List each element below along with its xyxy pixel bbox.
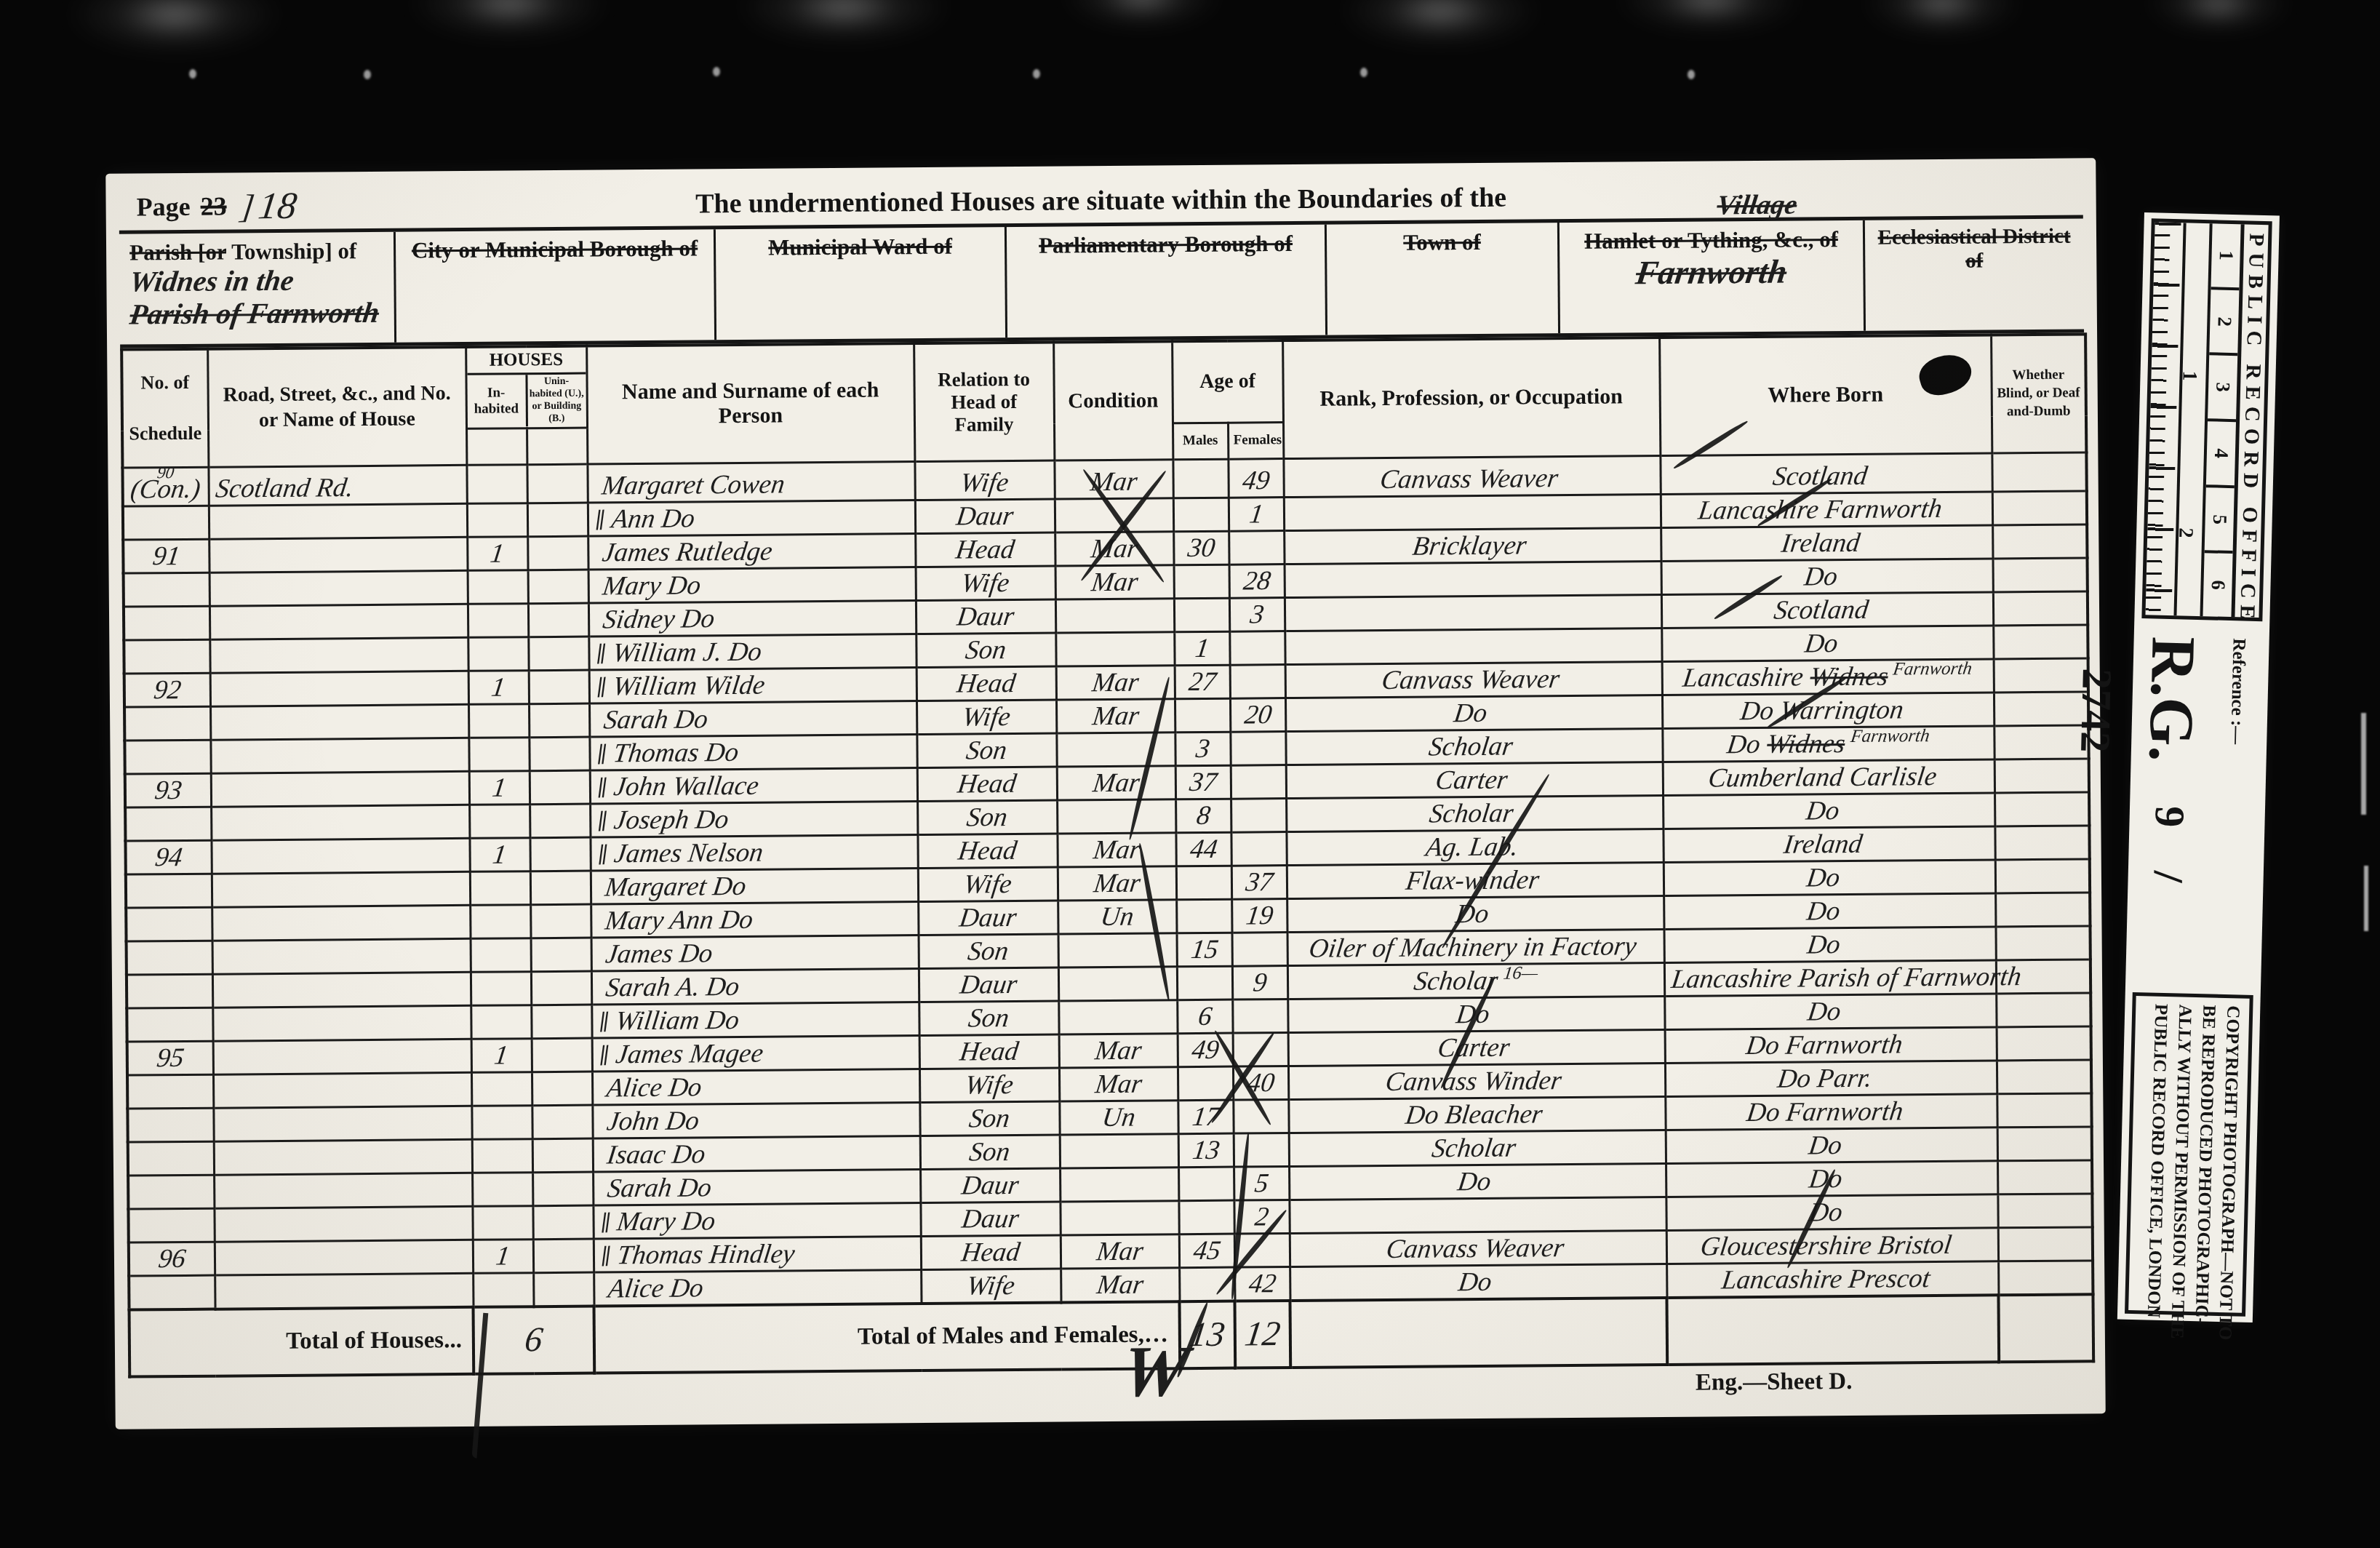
cell-age-male: 15 <box>1177 933 1232 967</box>
age-male-value: 44 <box>1189 836 1219 863</box>
sheet-footer: Eng.—Sheet D. <box>1696 1368 1853 1397</box>
cell-uninhabited <box>528 637 588 671</box>
film-edge-mark <box>2364 866 2368 931</box>
age-male-value: 1 <box>1194 635 1210 662</box>
occupation-value: Canvass Winder <box>1384 1067 1563 1096</box>
born-value: Do Warrington <box>1738 697 1905 725</box>
cell-where-born: Cumberland Carlisle <box>1663 759 1994 796</box>
born-value: Do <box>1805 898 1842 925</box>
film-blob <box>1062 0 1222 29</box>
cell-age-female <box>1232 1000 1287 1034</box>
ward-cell: Municipal Ward of <box>716 227 1007 340</box>
cell-condition: Mar <box>1061 1268 1179 1302</box>
cell-schedule <box>129 1275 215 1309</box>
relation-value: Daur <box>960 1205 1021 1233</box>
cell-name: ∥James Nelson <box>590 835 917 871</box>
condition-value: Mar <box>1093 1037 1143 1065</box>
born-value: Gloucestershire Bristol <box>1698 1232 1953 1261</box>
totals-empty-blind <box>1998 1294 2093 1362</box>
relation-value: Daur <box>956 603 1016 631</box>
cell-schedule: 91 <box>123 539 209 573</box>
cell-road <box>211 805 469 841</box>
totals-empty-born <box>1666 1295 1999 1365</box>
condition-value: Mar <box>1093 1071 1143 1098</box>
occupation-value: Oiler of Machinery in Factory <box>1307 933 1638 962</box>
relation-value: Son <box>967 1105 1011 1132</box>
cell-uninhabited <box>530 770 590 805</box>
relation-value: Son <box>966 938 1010 965</box>
cell-inhabited: 1 <box>469 771 530 805</box>
cell-inhabited <box>468 637 528 671</box>
relation-value: Daur <box>958 904 1018 932</box>
person-name: James Nelson <box>613 839 765 868</box>
age-female-value: 37 <box>1244 869 1274 895</box>
born-value: Scotland <box>1772 597 1869 624</box>
schedule-superscript <box>135 1213 207 1214</box>
header-age: Age of <box>1172 340 1283 423</box>
cell-inhabited <box>472 1173 532 1207</box>
cell-occupation: Carter <box>1288 1030 1665 1066</box>
total-houses-label: Total of Houses... <box>129 1306 474 1376</box>
cell-schedule <box>125 807 211 841</box>
cell-name: ∥Thomas Hindley <box>594 1237 921 1273</box>
schedule-number: (Con.) <box>129 476 202 503</box>
relation-value: Wife <box>959 469 1010 497</box>
header-name: Name and Surname of each Person <box>586 343 914 464</box>
person-name: John Do <box>605 1108 700 1136</box>
relation-value: Daur <box>954 503 1015 530</box>
cell-uninhabited <box>530 871 591 905</box>
born-value: Lancashire Prescot <box>1720 1265 1932 1293</box>
parish-handwritten-1: Widnes in the <box>127 264 386 299</box>
cell-uninhabited <box>529 670 589 704</box>
cell-occupation <box>1289 1197 1666 1234</box>
occupation-value: Do <box>1457 1268 1493 1295</box>
occupation-value: Scholar <box>1428 733 1515 761</box>
cell-uninhabited <box>532 1172 593 1206</box>
occupation-value: Bricklayer <box>1411 532 1528 560</box>
cell-schedule <box>128 1208 214 1242</box>
cell-schedule: 95 <box>127 1041 213 1075</box>
cell-where-born: Do WidnesFarnworth <box>1662 726 1994 762</box>
age-male-value: 27 <box>1187 669 1218 695</box>
cell-age-female <box>1231 832 1286 866</box>
age-male-value: 45 <box>1191 1237 1222 1264</box>
cell-relation: Daur <box>916 599 1055 634</box>
born-struck-value: Widnes <box>1808 663 1890 691</box>
person-name: Mary Ann Do <box>603 906 754 935</box>
town-label: Town of <box>1403 229 1481 255</box>
cell-inhabited <box>468 704 529 738</box>
cell-occupation: Do <box>1287 896 1664 933</box>
cell-occupation: Do <box>1285 695 1662 732</box>
cell-blind <box>1998 1261 2093 1295</box>
condition-value: Mar <box>1095 1238 1145 1266</box>
page-number-struck: 23 <box>200 191 226 221</box>
cell-relation: Head <box>919 1034 1059 1069</box>
cell-name: Mary Ann Do <box>591 902 918 938</box>
born-value: Ireland <box>1779 530 1861 557</box>
born-value: Do <box>1802 563 1839 590</box>
cell-inhabited <box>469 805 530 839</box>
cell-relation: Daur <box>918 901 1058 935</box>
cell-road <box>213 1106 471 1141</box>
cell-road <box>212 872 470 908</box>
occupation-value: Carter <box>1436 1034 1512 1062</box>
page-title: The undermentioned Houses are situate wi… <box>695 182 1506 220</box>
film-edge-mark <box>2361 713 2366 815</box>
cell-name: Isaac Do <box>593 1136 920 1173</box>
schedule-superscript <box>131 645 202 645</box>
occupation-value: Do <box>1456 1168 1493 1195</box>
person-name: Margaret Do <box>603 873 747 901</box>
cell-inhabited <box>470 871 530 906</box>
parliamentary-cell: Parliamentary Borough of <box>1007 225 1327 338</box>
cell-where-born: Lancashire Farnworth <box>1661 492 1992 528</box>
cell-occupation: Carter <box>1286 762 1663 799</box>
cell-name: Margaret Cowen <box>587 461 914 503</box>
header-schedule: No. ofSchedule <box>121 349 208 468</box>
page-label: Page <box>136 191 190 223</box>
schedule-number: 94 <box>153 844 184 871</box>
cell-age-male <box>1178 1200 1234 1234</box>
cell-where-born: Lancashire Parish of Farnworth <box>1664 960 1996 997</box>
cell-age-male <box>1177 966 1232 1000</box>
cell-relation: Daur <box>915 499 1055 534</box>
page-number-handwritten: 18 <box>256 184 300 227</box>
cell-relation: Head <box>917 767 1057 802</box>
age-female-value: 5 <box>1253 1170 1270 1197</box>
header-schedule-line1: No. of <box>127 372 202 394</box>
cell-where-born: Do <box>1661 559 1993 595</box>
cell-where-born: Do Warrington <box>1662 693 1994 729</box>
cell-name: ∥William Do <box>591 1002 919 1039</box>
born-value: Cumberland Carlisle <box>1706 763 1938 792</box>
cell-road <box>212 1006 471 1042</box>
town-cell: Town of <box>1327 223 1560 335</box>
film-blob <box>2146 0 2291 33</box>
cell-age-male <box>1173 498 1229 532</box>
person-name: John Wallace <box>612 773 761 801</box>
cell-road <box>214 1173 472 1208</box>
cm-mark-3: 3 <box>2211 382 2234 392</box>
cell-relation: Daur <box>919 967 1058 1002</box>
cell-relation: Son <box>917 733 1056 768</box>
cell-blind <box>1997 1093 2091 1128</box>
cell-inhabited <box>468 738 529 772</box>
ecclesiastical-cell: Ecclesiastical District of <box>1865 218 2084 330</box>
occupation-value: Canvass Weaver <box>1380 666 1561 694</box>
total-houses-number: 6 <box>522 1320 545 1360</box>
cell-inhabited <box>467 503 527 538</box>
cell-relation: Son <box>917 800 1057 835</box>
condition-value: Mar <box>1090 669 1141 697</box>
relation-value: Head <box>958 1038 1020 1066</box>
total-mf-label: Total of Males and Females,… <box>594 1301 1181 1373</box>
cell-age-female: 3 <box>1229 598 1285 632</box>
cell-inhabited: 1 <box>471 1039 532 1073</box>
cell-name: James Rutledge <box>588 534 915 570</box>
rg-series-number: 9 <box>2139 805 2200 828</box>
parish-label: Township] of <box>226 238 356 264</box>
scanned-census-page: Page 23 ] 18 The undermentioned Houses a… <box>0 0 2380 1548</box>
cell-where-born: Do <box>1666 1128 1997 1164</box>
person-name: Margaret Cowen <box>600 471 786 500</box>
cell-blind <box>1992 452 2086 492</box>
age-male-value: 49 <box>1190 1037 1221 1064</box>
cell-relation: Son <box>919 934 1058 969</box>
cell-inhabited <box>471 938 531 973</box>
column-headers: No. ofSchedule Road, Street, &c., and No… <box>121 334 2086 467</box>
cell-condition <box>1055 632 1174 666</box>
road-value: Scotland Rd. <box>214 474 355 503</box>
cell-where-born: Lancashire Prescot <box>1666 1261 1998 1298</box>
cell-occupation <box>1285 595 1661 631</box>
cell-occupation: Scholar <box>1285 729 1662 765</box>
cm-mark-2: 2 <box>2213 316 2235 327</box>
cell-road <box>209 571 468 607</box>
cell-name: Margaret Do <box>591 869 918 905</box>
cell-road <box>214 1206 472 1242</box>
cell-uninhabited <box>531 1005 591 1039</box>
schedule-superscript <box>132 745 203 746</box>
header-blind-line1: Whether <box>2012 367 2064 383</box>
cell-relation: Head <box>917 666 1056 701</box>
relation-value: Head <box>955 670 1017 698</box>
cell-occupation: Do Bleacher <box>1288 1097 1665 1133</box>
cell-name: James Do <box>591 935 919 972</box>
city-cell: City or Municipal Borough of <box>396 229 716 342</box>
cell-condition <box>1060 1201 1178 1235</box>
cell-schedule <box>124 639 209 674</box>
age-female-value: 9 <box>1251 969 1268 996</box>
cell-inhabited: 1 <box>467 537 527 571</box>
reference-number: R.G. 9 / 2742 <box>2059 634 2219 977</box>
cell-age-female: 20 <box>1230 698 1285 733</box>
cell-name: Alice Do <box>594 1270 921 1306</box>
cell-occupation <box>1285 562 1661 598</box>
totals-empty-occ <box>1290 1298 1667 1368</box>
age-female-value: 2 <box>1253 1203 1270 1230</box>
header-houses: HOUSES In-habited Unin-habited (U.), or … <box>466 346 587 428</box>
relation-value: Wife <box>961 703 1013 731</box>
cell-blind <box>1993 558 2088 592</box>
relation-value: Wife <box>965 1272 1017 1300</box>
schedule-number: 92 <box>152 677 183 703</box>
cell-where-born: Do Parr. <box>1665 1061 1997 1097</box>
condition-value: Mar <box>1091 770 1141 797</box>
cell-uninhabited <box>531 938 591 972</box>
cell-road <box>210 738 468 774</box>
header-road: Road, Street, &c., and No. or Name of Ho… <box>207 347 466 467</box>
cell-blind <box>1993 591 2088 626</box>
cell-occupation <box>1285 629 1661 665</box>
cell-relation: Wife <box>921 1269 1061 1304</box>
cell-uninhabited <box>527 464 587 503</box>
cell-road <box>215 1240 473 1275</box>
cell-age-female: 28 <box>1229 564 1285 599</box>
header-condition: Condition <box>1053 341 1173 460</box>
cell-age-female: 1 <box>1229 498 1284 532</box>
reference-section: Reference :— R.G. 9 / 2742 <box>2133 618 2263 995</box>
film-speck <box>1688 70 1695 79</box>
cell-road <box>210 671 468 707</box>
cell-age-female: 19 <box>1231 899 1287 933</box>
header-uninhabited-spacer <box>527 428 587 465</box>
cell-age-male: 37 <box>1175 765 1231 799</box>
relation-value: Head <box>956 770 1018 798</box>
cell-condition: Mar <box>1059 1034 1178 1068</box>
rg-slash: / <box>2137 870 2198 883</box>
cm-mark-4: 4 <box>2210 448 2232 458</box>
cell-schedule <box>127 1074 213 1109</box>
cell-age-female <box>1229 631 1285 666</box>
schedule-superscript <box>132 812 204 813</box>
cell-age-male: 6 <box>1177 1000 1232 1034</box>
cell-name: John Do <box>592 1103 919 1139</box>
header-relation: Relation to Head of Family <box>914 343 1054 462</box>
cell-uninhabited <box>532 1205 593 1240</box>
cell-schedule <box>126 907 212 941</box>
person-name: William Do <box>614 1007 740 1034</box>
header-uninhabited: Unin-habited (U.), or Building (B.) <box>525 375 586 427</box>
cell-age-male: 27 <box>1175 665 1230 699</box>
cell-age-male <box>1174 564 1229 599</box>
page-bracket: ] <box>239 187 257 226</box>
schedule-superscript <box>135 1180 207 1181</box>
public-record-office-strip: 1 2 1 2 3 4 5 6 PUBLIC RECORD OFFICE Ref… <box>2117 212 2280 1322</box>
cell-condition <box>1056 733 1175 767</box>
relation-value: Daur <box>959 971 1019 999</box>
cell-road <box>209 638 468 674</box>
person-name: Alice Do <box>604 1074 703 1101</box>
cell-condition <box>1058 1000 1177 1034</box>
cell-name: Sidney Do <box>588 601 916 637</box>
cell-inhabited <box>468 570 528 605</box>
cell-relation: Son <box>920 1135 1060 1170</box>
inch-mark-1: 1 <box>2177 371 2200 382</box>
cell-age-male: 45 <box>1179 1234 1234 1268</box>
person-name: James Do <box>604 940 714 967</box>
film-speck <box>189 69 196 79</box>
cell-age-female: 42 <box>1234 1267 1290 1301</box>
cell-where-born: Scotland <box>1661 592 1993 629</box>
hamlet-handwritten: Farnworth <box>1568 252 1856 292</box>
schedule-superscript <box>134 946 205 946</box>
cell-road <box>210 705 468 741</box>
age-female-value: 42 <box>1247 1270 1277 1297</box>
born-value: Do Farnworth <box>1745 1098 1905 1127</box>
age-male-value: 37 <box>1188 769 1218 796</box>
cell-age-male <box>1178 1066 1233 1101</box>
cell-occupation: Do <box>1289 1164 1666 1200</box>
schedule-superscript <box>135 1146 207 1147</box>
cell-age-female <box>1229 531 1284 565</box>
cell-schedule: 96 <box>129 1242 215 1276</box>
cell-age-male: 44 <box>1175 832 1231 866</box>
cell-blind <box>1997 1160 2092 1194</box>
cell-age-male: 13 <box>1178 1133 1234 1168</box>
header-inhabited-spacer <box>466 428 527 465</box>
cell-blind <box>1997 1060 2091 1094</box>
cell-condition <box>1055 599 1174 633</box>
cell-age-male: 3 <box>1175 732 1230 766</box>
cell-inhabited <box>466 464 527 503</box>
schedule-superscript <box>130 511 201 511</box>
cell-name: ∥William Wilde <box>589 668 917 704</box>
cell-occupation: Bricklayer <box>1284 528 1661 564</box>
person-name: Sarah Do <box>602 706 709 733</box>
born-value: Do <box>1805 797 1841 824</box>
cell-relation: Wife <box>916 566 1055 601</box>
inhabited-value: 1 <box>489 540 506 567</box>
person-name: Ann Do <box>610 506 697 533</box>
occupation-value: Scholar <box>1431 1135 1518 1162</box>
born-value: Lancashire Parish of Farnworth <box>1669 963 2023 993</box>
cell-road <box>209 538 467 573</box>
person-name: Mary Do <box>601 572 703 599</box>
rg-piece-number: 2742 <box>2064 668 2128 754</box>
cell-where-born: Gloucestershire Bristol <box>1666 1228 1998 1264</box>
born-value: Do <box>1805 931 1842 958</box>
cell-condition <box>1058 967 1177 1001</box>
person-name: William J. Do <box>611 639 763 667</box>
cell-occupation: Scholar16— <box>1287 963 1664 1000</box>
total-houses-value: 6 <box>474 1306 595 1373</box>
cell-schedule <box>124 706 210 741</box>
condition-value: Mar <box>1092 870 1142 898</box>
cell-occupation: Ag. Lab. <box>1286 829 1663 866</box>
cell-blind <box>1997 1194 2092 1228</box>
cell-where-born: Do <box>1664 994 1996 1030</box>
cell-blind <box>1996 993 2091 1027</box>
cell-where-born: Scotland <box>1660 452 1992 494</box>
cell-age-male <box>1175 698 1230 733</box>
cell-schedule: 93 <box>125 773 211 807</box>
born-value: Do Parr. <box>1776 1065 1873 1093</box>
person-name: James Rutledge <box>600 538 773 567</box>
cell-schedule <box>124 572 209 607</box>
film-blob <box>1615 0 1804 33</box>
enumerator-mark: ∥ <box>596 845 609 867</box>
person-name: Thomas Hindley <box>616 1240 796 1269</box>
cell-uninhabited <box>530 804 590 838</box>
relation-value: Wife <box>964 1072 1015 1099</box>
cell-uninhabited <box>529 703 589 738</box>
person-name: Joseph Do <box>612 806 730 834</box>
cell-occupation: Canvass Weaver <box>1283 455 1660 498</box>
cell-where-born: Do <box>1664 860 1995 896</box>
person-name: Isaac Do <box>605 1141 707 1168</box>
cell-uninhabited <box>533 1272 594 1306</box>
cell-condition: Un <box>1058 900 1176 934</box>
cell-age-female <box>1230 732 1285 766</box>
cell-where-born: Do <box>1664 893 1995 930</box>
person-name: Sarah Do <box>605 1174 713 1202</box>
cell-age-female <box>1231 765 1286 799</box>
cell-road <box>215 1273 473 1309</box>
cell-uninhabited <box>532 1072 592 1106</box>
person-name: James Magee <box>615 1040 765 1069</box>
cell-name: ∥John Wallace <box>590 768 917 805</box>
inch-mark-2: 2 <box>2173 527 2197 538</box>
relation-value: Daur <box>960 1172 1021 1200</box>
cell-uninhabited <box>527 536 588 570</box>
occupation-value: Do Bleacher <box>1404 1101 1544 1129</box>
cell-relation: Daur <box>920 1168 1060 1203</box>
parish-cell: Parish [or Township] of Widnes in the Pa… <box>119 232 396 345</box>
cell-relation: Wife <box>919 1068 1059 1103</box>
